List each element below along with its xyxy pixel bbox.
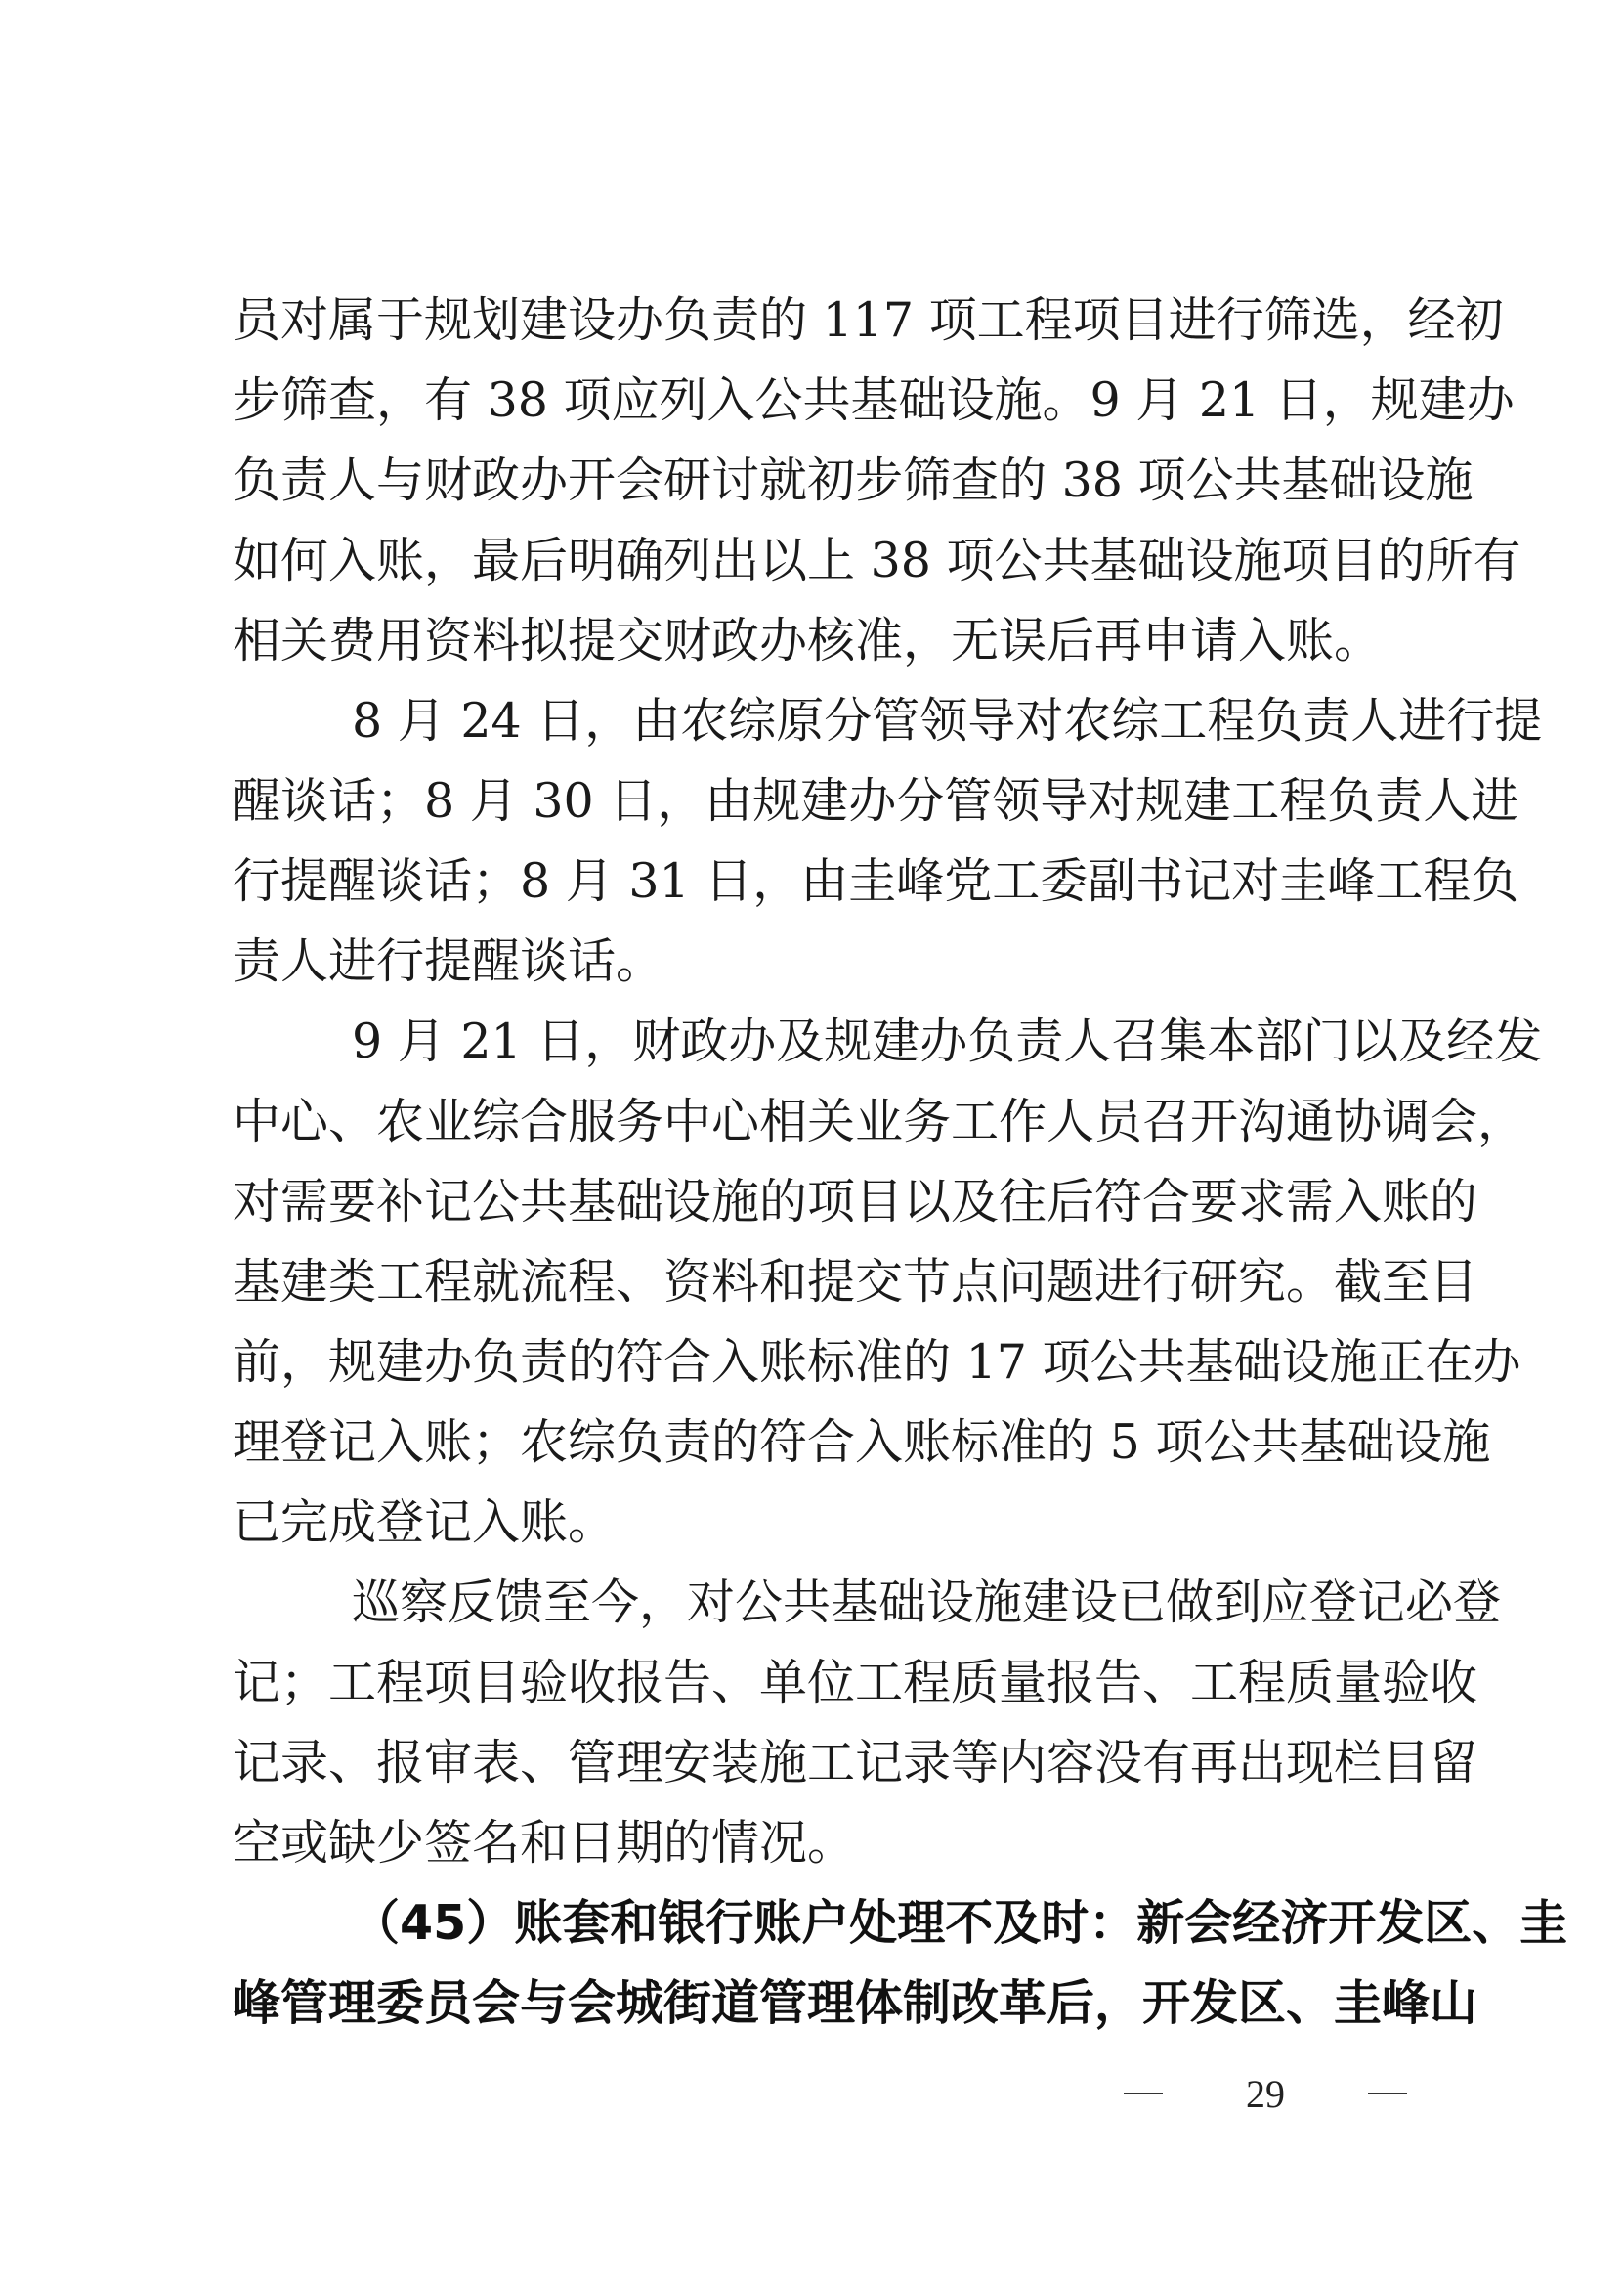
text-line: 负责人与财政办开会研讨就初步筛查的 38 项公共基础设施	[233, 447, 1431, 515]
text-line: 员对属于规划建设办负责的 117 项工程项目进行筛选，经初	[233, 286, 1431, 355]
text-line: 空或缺少签名和日期的情况。	[233, 1809, 1431, 1878]
text-line: 9 月 21 日，财政办及规建办负责人召集本部门以及经发	[352, 1008, 1431, 1076]
section-heading-line: 峰管理委员会与会城街道管理体制改革后，开发区、圭峰山	[233, 1969, 1431, 2038]
text-line: 前，规建办负责的符合入账标准的 17 项公共基础设施正在办	[233, 1328, 1431, 1397]
text-line: 已完成登记入账。	[233, 1489, 1431, 1557]
document-page: 员对属于规划建设办负责的 117 项工程项目进行筛选，经初 步筛查，有 38 项…	[0, 0, 1624, 2288]
text-line: 对需要补记公共基础设施的项目以及往后符合要求需入账的	[233, 1168, 1431, 1236]
text-line: 8 月 24 日，由农综原分管领导对农综工程负责人进行提	[352, 687, 1431, 755]
page-number: 29	[1246, 2071, 1285, 2117]
text-line: 相关费用资料拟提交财政办核准，无误后再申请入账。	[233, 607, 1431, 675]
text-line: 责人进行提醒谈话。	[233, 928, 1431, 996]
text-line: 基建类工程就流程、资料和提交节点问题进行研究。截至目	[233, 1248, 1431, 1317]
text-line: 记；工程项目验收报告、单位工程质量报告、工程质量验收	[233, 1649, 1431, 1717]
text-line: 如何入账，最后明确列出以上 38 项公共基础设施项目的所有	[233, 527, 1431, 595]
text-line: 中心、农业综合服务中心相关业务工作人员召开沟通协调会，	[233, 1088, 1431, 1156]
text-line: 醒谈话；8 月 30 日，由规建办分管领导对规建工程负责人进	[233, 767, 1431, 836]
page-number-footer: 29	[1124, 2064, 1407, 2123]
text-line: 巡察反馈至今，对公共基础设施建设已做到应登记必登	[352, 1569, 1431, 1637]
text-line: 记录、报审表、管理安装施工记录等内容没有再出现栏目留	[233, 1729, 1431, 1797]
dash-left	[1124, 2093, 1163, 2094]
dash-right	[1368, 2093, 1407, 2094]
text-line: 理登记入账；农综负责的符合入账标准的 5 项公共基础设施	[233, 1408, 1431, 1477]
section-heading-line: （45）账套和银行账户处理不及时：新会经济开发区、圭	[352, 1889, 1431, 1958]
text-line: 步筛查，有 38 项应列入公共基础设施。9 月 21 日，规建办	[233, 367, 1431, 435]
text-line: 行提醒谈话；8 月 31 日，由圭峰党工委副书记对圭峰工程负	[233, 847, 1431, 916]
